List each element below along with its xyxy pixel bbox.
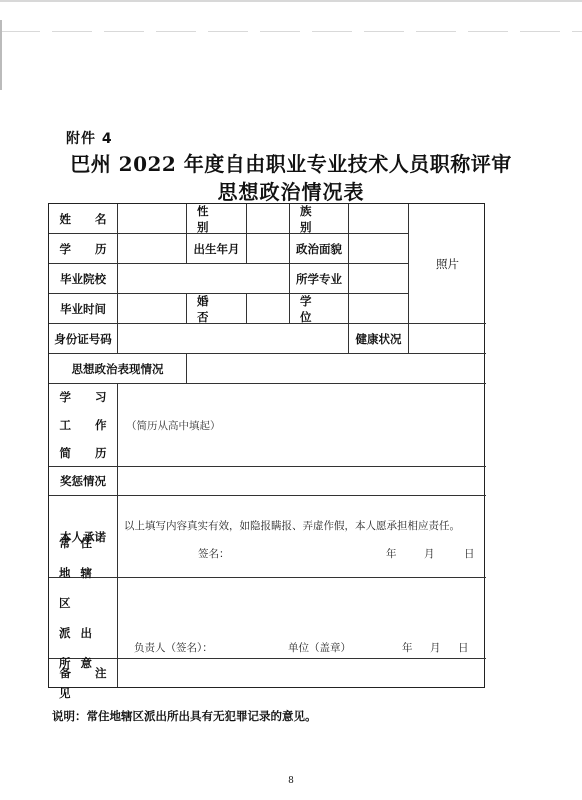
label-gender: 性 别	[187, 204, 247, 234]
footnote: 说明：常住地辖区派出所出具有无犯罪记录的意见。	[52, 708, 317, 724]
label-police-opinion: 常住地辖区 派出所意见	[49, 578, 118, 659]
commitment-year: 年	[386, 546, 397, 561]
label-resume-study: 学 习	[49, 383, 116, 411]
label-birth-date: 出生年月	[187, 234, 247, 264]
commitment-section: 以上填写内容真实有效，如隐报瞒报、弄虚作假，本人愿承担相应责任。 签名： 年 月…	[118, 496, 486, 578]
police-month: 月	[430, 640, 441, 655]
political-performance-field[interactable]	[187, 354, 486, 384]
label-resume-work: 工 作	[49, 411, 116, 439]
label-id-number: 身份证号码	[49, 324, 118, 354]
remarks-field[interactable]	[118, 659, 484, 687]
label-health: 健康状况	[349, 324, 409, 354]
label-resume: 学 习 工 作 简 历	[49, 384, 118, 467]
label-rewards-punishments: 奖惩情况	[49, 467, 118, 496]
photo-box[interactable]: 照片	[409, 204, 486, 324]
document-title: 巴州 2022 年度自由职业专业技术人员职称评审	[0, 148, 582, 177]
police-responsible-label: 负责人（签名）：	[134, 640, 213, 655]
name-field[interactable]	[118, 204, 187, 234]
commitment-text: 以上填写内容真实有效，如隐报瞒报、弄虚作假，本人愿承担相应责任。	[124, 518, 460, 533]
education-field[interactable]	[118, 234, 187, 264]
resume-field[interactable]: （简历从高中填起）	[118, 384, 486, 467]
label-degree: 学 位	[290, 294, 349, 324]
commitment-day: 日	[464, 546, 475, 561]
police-unit-label: 单位（盖章）	[288, 640, 351, 655]
scan-edge	[0, 0, 582, 2]
label-major: 所学专业	[290, 264, 349, 294]
commitment-signature-field[interactable]	[236, 542, 376, 560]
label-resume-history: 简 历	[49, 439, 116, 467]
label-marital-status: 婚 否	[187, 294, 247, 324]
label-education: 学 历	[49, 234, 118, 264]
police-day: 日	[458, 640, 469, 655]
id-number-field[interactable]	[118, 324, 349, 354]
major-field[interactable]	[349, 264, 409, 294]
birth-date-field[interactable]	[247, 234, 290, 264]
political-form-table: 姓 名 性 别 族 别 照片 学 历 出生年月 政治面貌 毕业院校 所学专业 毕…	[48, 203, 485, 688]
ethnicity-field[interactable]	[349, 204, 409, 234]
label-graduation-date: 毕业时间	[49, 294, 118, 324]
police-year: 年	[402, 640, 413, 655]
political-status-field[interactable]	[349, 234, 409, 264]
graduation-date-field[interactable]	[118, 294, 187, 324]
commitment-month: 月	[424, 546, 435, 561]
resume-hint: （简历从高中填起）	[118, 418, 221, 433]
label-political-performance: 思想政治表现情况	[49, 354, 187, 384]
graduate-school-field[interactable]	[118, 264, 290, 294]
scan-edge-left	[0, 20, 2, 90]
gender-field[interactable]	[247, 204, 290, 234]
rewards-punishments-field[interactable]	[118, 467, 486, 496]
degree-field[interactable]	[349, 294, 409, 324]
label-ethnicity: 族 别	[290, 204, 349, 234]
label-police-line1: 常住地辖区	[49, 528, 117, 618]
annex-label: 附件 4	[66, 128, 113, 148]
document-subtitle: 思想政治情况表	[0, 176, 582, 205]
marital-status-field[interactable]	[247, 294, 290, 324]
label-political-status: 政治面貌	[290, 234, 349, 264]
scan-artifact-line	[0, 31, 582, 32]
label-remarks: 备 注	[49, 659, 118, 687]
label-graduate-school: 毕业院校	[49, 264, 118, 294]
page-number: 8	[0, 776, 582, 786]
health-field[interactable]	[409, 324, 486, 354]
label-name: 姓 名	[49, 204, 118, 234]
police-opinion-field[interactable]: 负责人（签名）： 单位（盖章） 年 月 日	[118, 578, 486, 659]
commitment-sign-label: 签名：	[198, 546, 230, 561]
